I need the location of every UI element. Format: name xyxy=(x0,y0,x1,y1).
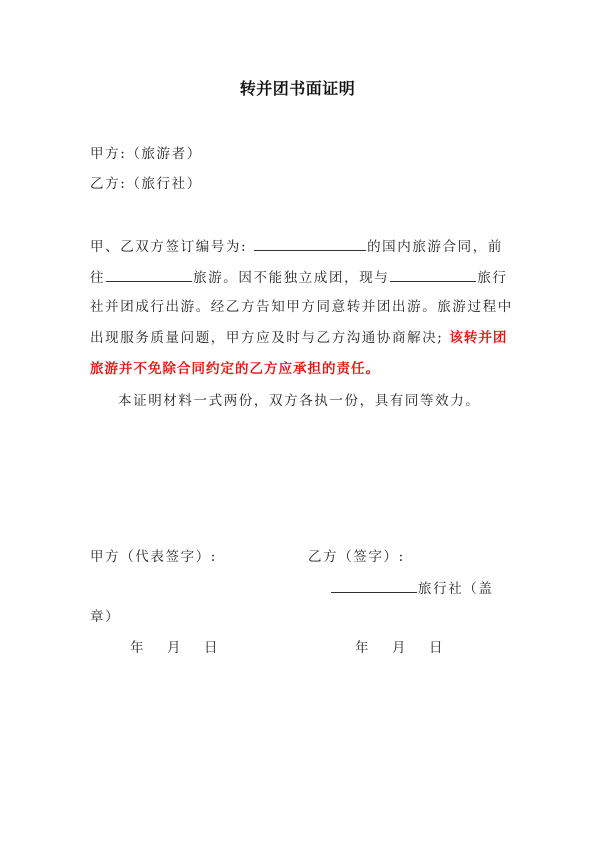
contract-number-blank[interactable] xyxy=(254,236,366,251)
emphasis-text-start: 该转并团 xyxy=(449,330,507,346)
party-b-date: 年 月 日 xyxy=(355,639,460,657)
body-line-4: 出现服务质量问题，甲方应及时与乙方沟通协商解决; 该转并团 xyxy=(90,329,507,347)
body-line-2-suffix: 旅行 xyxy=(477,270,507,286)
body-line-1: 甲、乙双方签订编号为: 的国内旅游合同，前 xyxy=(90,236,503,256)
body-line-4-normal: 出现服务质量问题，甲方应及时与乙方沟通协商解决; xyxy=(90,330,443,346)
body-line-2-prefix: 往 xyxy=(90,270,105,286)
agency-name-blank[interactable] xyxy=(331,578,417,593)
party-a-date-day: 日 xyxy=(204,639,219,657)
destination-blank[interactable] xyxy=(106,267,192,282)
party-b-date-day: 日 xyxy=(429,639,444,657)
document-page: 转并团书面证明 甲方:（旅游者） 乙方:（旅行社） 甲、乙双方签订编号为: 的国… xyxy=(0,0,595,842)
party-b-date-year: 年 xyxy=(355,639,370,657)
party-a-line: 甲方:（旅游者） xyxy=(90,145,202,163)
party-b-signature-label: 乙方（签字）: xyxy=(308,548,405,566)
emphasis-text-end: 旅游并不免除合同约定的乙方应承担的责任。 xyxy=(90,360,380,378)
body-line-3: 社并团成行出游。经乙方告知甲方同意转并团出游。旅游过程中 xyxy=(90,298,513,316)
closing-statement: 本证明材料一式两份，双方各执一份，具有同等效力。 xyxy=(118,392,480,410)
body-line-2-middle: 旅游。因不能独立成团，现与 xyxy=(193,270,389,286)
party-a-date-month: 月 xyxy=(167,639,182,657)
merge-agency-blank[interactable] xyxy=(390,267,476,282)
party-a-signature-label: 甲方（代表签字）: xyxy=(90,548,217,566)
body-line-2: 往旅游。因不能独立成团，现与旅行 xyxy=(90,267,508,287)
document-title: 转并团书面证明 xyxy=(0,76,595,99)
agency-seal-label: 旅行社（盖 xyxy=(418,581,494,597)
agency-seal-line: 旅行社（盖 xyxy=(330,578,494,598)
party-b-date-month: 月 xyxy=(392,639,407,657)
body-line-1-prefix: 甲、乙双方签订编号为: xyxy=(90,239,247,255)
party-b-line: 乙方:（旅行社） xyxy=(90,175,202,193)
party-a-date: 年 月 日 xyxy=(130,639,235,657)
body-line-1-suffix: 的国内旅游合同，前 xyxy=(367,239,503,255)
agency-seal-wrap: 章） xyxy=(90,608,120,626)
party-a-date-year: 年 xyxy=(130,639,145,657)
